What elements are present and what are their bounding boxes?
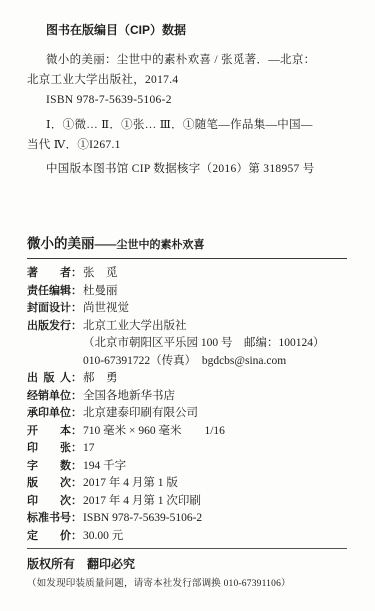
colophon-label: 版次: [27, 475, 71, 493]
colophon-row-editor: 责任编辑：杜曼丽: [27, 283, 347, 301]
colophon-row-printing: 印次：2017 年 4 月第 1 次印刷: [27, 493, 347, 511]
colophon-colon: ：: [71, 475, 83, 493]
colophon-label: 字数: [27, 458, 71, 476]
colophon-row-format: 开本：710 毫米 × 960 毫米 1/16: [27, 423, 347, 441]
colophon-colon: ：: [71, 458, 83, 476]
colophon-colon: ：: [71, 370, 83, 388]
colophon-row-author: 著者：张 觅: [27, 265, 347, 283]
colophon-label: 封面设计: [27, 300, 71, 318]
colophon-value: ISBN 978-7-5639-5106-2: [83, 512, 202, 524]
colophon-value: 710 毫米 × 960 毫米 1/16: [83, 425, 225, 437]
colophon-row-publisher-person: 出版人：郝 勇: [27, 370, 347, 388]
cip-isbn: ISBN 978-7-5639-5106-2: [27, 90, 347, 110]
copyright-page: 图书在版编目（CIP）数据 微小的美丽：尘世中的素朴欢喜 / 张觅著．—北京： …: [0, 0, 375, 611]
divider-bottom: [27, 548, 347, 549]
colophon-label: 著者: [27, 265, 71, 283]
colophon-row-printer: 承印单位：北京建泰印刷有限公司: [27, 405, 347, 423]
colophon-value: 2017 年 4 月第 1 次印刷: [83, 495, 201, 507]
colophon-value: 30.00 元: [83, 530, 123, 542]
colophon-value: 张 觅: [83, 267, 118, 279]
book-title-subtitle: ——尘世中的素朴欢喜: [95, 239, 205, 251]
colophon-value: 尚世视觉: [83, 302, 129, 314]
colophon-value: 010-67391722（传真） bgdcbs@sina.com: [83, 355, 286, 367]
colophon-row-isbn: 标准书号：ISBN 978-7-5639-5106-2: [27, 510, 347, 528]
colophon-colon: ：: [71, 405, 83, 423]
colophon-label: 经销单位: [27, 388, 71, 406]
colophon-colon: ：: [71, 318, 83, 336]
colophon-colon: ：: [71, 528, 83, 546]
colophon-label: 开本: [27, 423, 71, 441]
colophon-value: 全国各地新华书店: [83, 390, 175, 402]
colophon-value: 北京工业大学出版社: [83, 320, 187, 332]
colophon-row-cover-design: 封面设计：尚世视觉: [27, 300, 347, 318]
colophon-row-word-count: 字数：194 千字: [27, 458, 347, 476]
colophon-row-price: 定价：30.00 元: [27, 528, 347, 546]
colophon-row-edition: 版次：2017 年 4 月第 1 版: [27, 475, 347, 493]
colophon-colon: ：: [71, 440, 83, 458]
colophon-row-phone-email: 010-67391722（传真） bgdcbs@sina.com: [27, 353, 347, 371]
colophon-label: 出版发行: [27, 318, 71, 336]
colophon-value: 郝 勇: [83, 372, 118, 384]
colophon-label: 标准书号: [27, 510, 71, 528]
cip-class-line1: Ⅰ．①微… Ⅱ．①张… Ⅲ．①随笔—作品集—中国—: [27, 115, 347, 135]
colophon-colon: ：: [71, 510, 83, 528]
divider-top: [27, 258, 347, 259]
colophon-value: 17: [83, 442, 95, 454]
colophon-label: 印次: [27, 493, 71, 511]
colophon-colon: ：: [71, 493, 83, 511]
colophon-value: 北京建泰印刷有限公司: [83, 407, 198, 419]
cip-record: 中国版本图书馆 CIP 数据核字（2016）第 318957 号: [27, 159, 347, 179]
cip-entry-line2: 北京工业大学出版社，2017.4: [27, 70, 347, 90]
colophon-colon: ：: [71, 300, 83, 318]
colophon-row-sheets: 印张：17: [27, 440, 347, 458]
colophon-label: 印张: [27, 440, 71, 458]
colophon-label: 出版人: [27, 370, 71, 388]
colophon-label: 承印单位: [27, 405, 71, 423]
colophon-row-address: （北京市朝阳区平乐园 100 号 邮编：100124）: [27, 335, 347, 353]
cip-header: 图书在版编目（CIP）数据: [27, 22, 347, 38]
colophon-row-publisher: 出版发行：北京工业大学出版社: [27, 318, 347, 336]
cip-block: 图书在版编目（CIP）数据 微小的美丽：尘世中的素朴欢喜 / 张觅著．—北京： …: [27, 22, 347, 179]
cip-class-line2: 当代 Ⅳ．①I267.1: [27, 135, 347, 155]
colophon-colon: ：: [71, 265, 83, 283]
colophon-colon: ：: [71, 423, 83, 441]
colophon-row-distributor: 经销单位：全国各地新华书店: [27, 388, 347, 406]
colophon-block: 著者：张 觅 责任编辑：杜曼丽 封面设计：尚世视觉 出版发行：北京工业大学出版社…: [27, 265, 347, 545]
colophon-colon: ：: [71, 388, 83, 406]
colophon-label: 定价: [27, 528, 71, 546]
colophon-value: 杜曼丽: [83, 285, 118, 297]
cip-entry-line1: 微小的美丽：尘世中的素朴欢喜 / 张觅著．—北京：: [27, 50, 347, 70]
copyright-notice: 版权所有 翻印必究: [27, 556, 347, 572]
colophon-value: 2017 年 4 月第 1 版: [83, 477, 178, 489]
book-title: 微小的美丽——尘世中的素朴欢喜: [27, 235, 347, 254]
colophon-label: 责任编辑: [27, 283, 71, 301]
colophon-value: 194 千字: [83, 460, 126, 472]
colophon-value: （北京市朝阳区平乐园 100 号 邮编：100124）: [83, 337, 325, 349]
quality-note: （如发现印装质量问题，请寄本社发行部调换 010-67391106）: [27, 575, 347, 589]
book-title-main: 微小的美丽: [27, 236, 95, 251]
colophon-colon: ：: [71, 283, 83, 301]
